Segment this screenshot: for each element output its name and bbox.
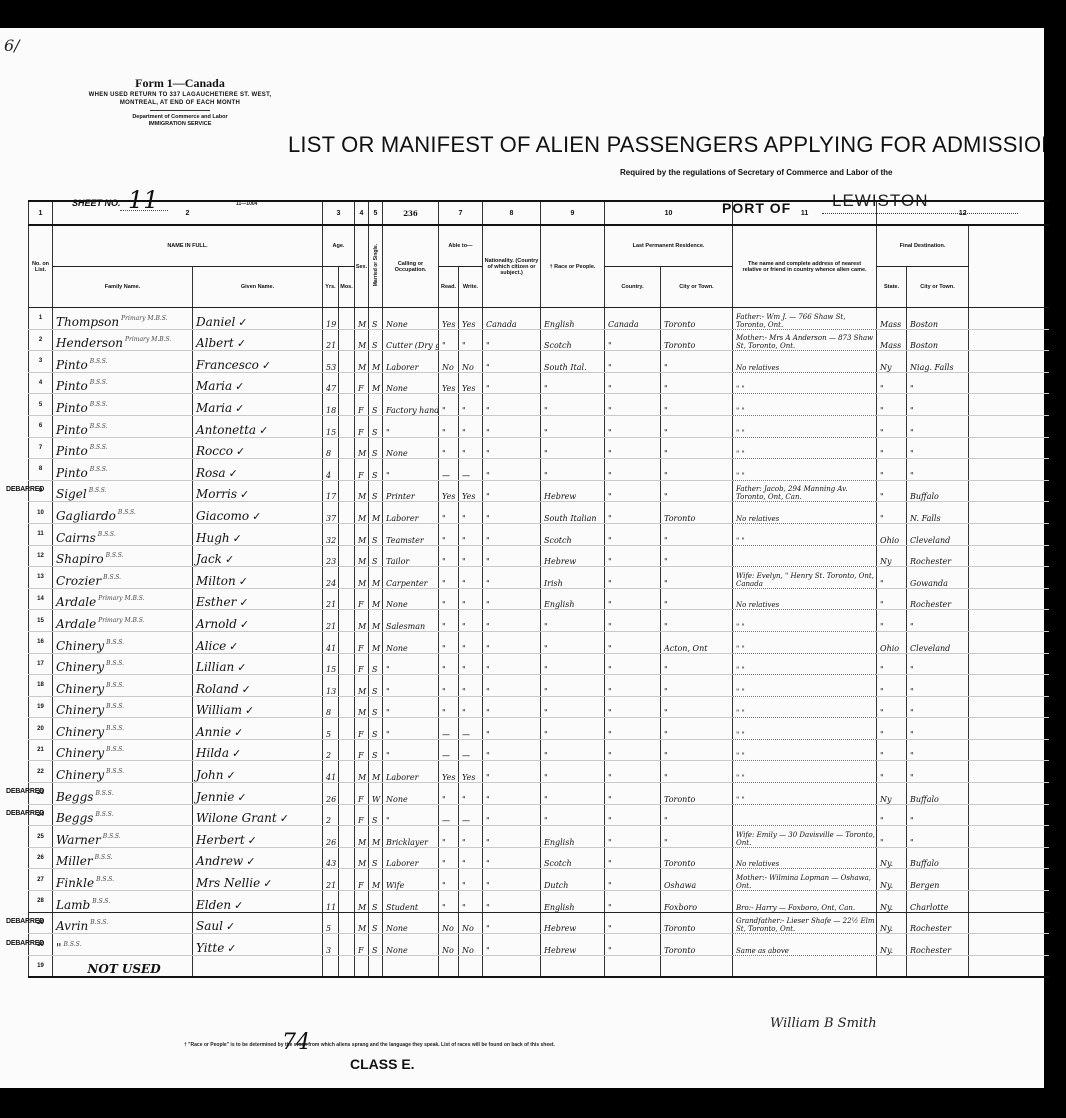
can-write: " [459, 415, 483, 437]
inspection-note: B.S.S. [98, 531, 116, 538]
given-name: Yitte✓ [193, 934, 323, 956]
empty-cell [661, 955, 733, 977]
check-mark-icon: ✓ [280, 812, 289, 825]
residence-country: " [605, 826, 661, 848]
occupation: " [383, 804, 439, 826]
sex: F [355, 804, 369, 826]
table-row: 24BeggsB.S.S.Wilone Grant✓2FS"——"""""" [29, 804, 1049, 826]
race: Hebrew [541, 545, 605, 567]
empty-cell [383, 955, 439, 977]
marital-status: S [369, 523, 383, 545]
race: " [541, 610, 605, 632]
overflow [969, 912, 1049, 934]
race: " [541, 631, 605, 653]
residence-city: " [661, 523, 733, 545]
can-write: Yes [459, 761, 483, 783]
can-write: " [459, 631, 483, 653]
overflow [969, 696, 1049, 718]
corner-mark: 6/ [4, 36, 20, 55]
marital-status: S [369, 415, 383, 437]
race: English [541, 826, 605, 848]
can-read: — [439, 739, 459, 761]
line-number: 6 [29, 415, 53, 437]
sex: F [355, 588, 369, 610]
age-years: 24 [323, 567, 339, 589]
overflow [969, 372, 1049, 394]
residence-country: " [605, 934, 661, 956]
residence-country: " [605, 610, 661, 632]
dest-state: Ny. [877, 934, 907, 956]
divider [150, 110, 210, 111]
dest-city: Rochester [907, 934, 969, 956]
occupation: None [383, 912, 439, 934]
inspection-note: B.S.S. [95, 811, 113, 818]
age-years: 8 [323, 696, 339, 718]
residence-city: " [661, 415, 733, 437]
family-name: GagliardoB.S.S. [53, 502, 193, 524]
nearest-relative: " " [733, 415, 877, 437]
given-name: Hugh✓ [193, 523, 323, 545]
residence-country: Canada [605, 308, 661, 330]
race: " [541, 394, 605, 416]
sex: F [355, 783, 369, 805]
header-write: Write. [459, 267, 483, 308]
can-read: " [439, 783, 459, 805]
age-months [339, 891, 355, 913]
header-dest-city: City or Town. [907, 267, 969, 308]
can-read: " [439, 696, 459, 718]
age-months [339, 761, 355, 783]
col-number: 1 [29, 201, 53, 225]
manifest-rows: 1ThompsonPrimary M.B.S.Daniel✓19MSNoneYe… [29, 308, 1049, 977]
nearest-relative: No relatives [733, 588, 877, 610]
age-years: 43 [323, 847, 339, 869]
occupation: None [383, 631, 439, 653]
empty-cell [323, 955, 339, 977]
can-read: " [439, 523, 459, 545]
occupation: Cutter (Dry goods) [383, 329, 439, 351]
empty-cell [193, 955, 323, 977]
family-name: WarnerB.S.S. [53, 826, 193, 848]
overflow [969, 351, 1049, 373]
table-row: 12ShapiroB.S.S.Jack✓23MSTailor"""Hebrew"… [29, 545, 1049, 567]
check-mark-icon: ✓ [237, 337, 246, 350]
inspection-note: B.S.S. [90, 466, 108, 473]
residence-country: " [605, 696, 661, 718]
residence-country: " [605, 372, 661, 394]
overflow [969, 761, 1049, 783]
marital-status: S [369, 804, 383, 826]
age-years: 3 [323, 934, 339, 956]
empty-cell [907, 955, 969, 977]
age-months [339, 502, 355, 524]
residence-country: " [605, 502, 661, 524]
family-name: ChineryB.S.S. [53, 696, 193, 718]
line-number: 28 [29, 891, 53, 913]
race: " [541, 437, 605, 459]
family-name: MillerB.S.S. [53, 847, 193, 869]
empty-cell [439, 955, 459, 977]
race: " [541, 459, 605, 481]
nearest-relative: " " [733, 372, 877, 394]
overflow [969, 783, 1049, 805]
age-years: 37 [323, 502, 339, 524]
age-years: 4 [323, 459, 339, 481]
marital-status: S [369, 653, 383, 675]
occupation: " [383, 739, 439, 761]
overflow [969, 394, 1049, 416]
family-name: ArdalePrimary M.B.S. [53, 610, 193, 632]
dest-state: " [877, 567, 907, 589]
race: Hebrew [541, 480, 605, 502]
marital-status: M [369, 567, 383, 589]
empty-cell [605, 955, 661, 977]
col-number: 2 [53, 201, 323, 225]
nearest-relative: " " [733, 394, 877, 416]
occupation: Factory hand [383, 394, 439, 416]
inspection-note: B.S.S. [90, 444, 108, 451]
marital-status: M [369, 502, 383, 524]
header-yrs: Yrs. [323, 267, 339, 308]
given-name: Rocco✓ [193, 437, 323, 459]
age-months [339, 826, 355, 848]
race: English [541, 588, 605, 610]
inspection-note: B.S.S. [90, 358, 108, 365]
can-read: " [439, 329, 459, 351]
col-number: 9 [541, 201, 605, 225]
line-number: 14 [29, 588, 53, 610]
sex: M [355, 761, 369, 783]
overflow [969, 610, 1049, 632]
dest-city: " [907, 415, 969, 437]
inspection-note: B.S.S. [90, 423, 108, 430]
table-row: 26MillerB.S.S.Andrew✓43MSLaborer"""Scotc… [29, 847, 1049, 869]
family-name: ChineryB.S.S. [53, 675, 193, 697]
check-mark-icon: ✓ [240, 618, 249, 631]
inspection-note: B.S.S. [118, 509, 136, 516]
race: " [541, 783, 605, 805]
inspection-note: B.S.S. [90, 401, 108, 408]
sex: M [355, 545, 369, 567]
dest-state: " [877, 739, 907, 761]
check-mark-icon: ✓ [227, 769, 236, 782]
family-name: PintoB.S.S. [53, 372, 193, 394]
age-years: 21 [323, 869, 339, 891]
race: South Ital. [541, 351, 605, 373]
occupation: None [383, 588, 439, 610]
inspection-note: B.S.S. [95, 790, 113, 797]
overflow [969, 891, 1049, 913]
sex: M [355, 351, 369, 373]
nationality: " [483, 415, 541, 437]
age-years: 21 [323, 329, 339, 351]
can-write: " [459, 783, 483, 805]
nearest-relative: Mother:- Mrs A Anderson — 873 Shaw St, T… [733, 329, 877, 351]
line-number: 5 [29, 394, 53, 416]
overflow [969, 480, 1049, 502]
can-write: — [459, 804, 483, 826]
race: " [541, 696, 605, 718]
residence-city: " [661, 739, 733, 761]
age-months [339, 610, 355, 632]
marital-status: S [369, 675, 383, 697]
nationality: " [483, 588, 541, 610]
residence-country: " [605, 523, 661, 545]
given-name: Arnold✓ [193, 610, 323, 632]
table-row: 29AvrinB.S.S.Saul✓5MSNoneNoNo"Hebrew"Tor… [29, 912, 1049, 934]
dest-city: " [907, 372, 969, 394]
dest-state: " [877, 372, 907, 394]
line-number: 16 [29, 631, 53, 653]
marital-status: S [369, 847, 383, 869]
signature: William B Smith [770, 1016, 877, 1031]
sex: M [355, 523, 369, 545]
table-row: 11CairnsB.S.S.Hugh✓32MSTeamster"""Scotch… [29, 523, 1049, 545]
given-name: Herbert✓ [193, 826, 323, 848]
header-final-destination: Final Destination. [877, 225, 969, 267]
overflow [969, 718, 1049, 740]
can-read: Yes [439, 372, 459, 394]
dest-city: N. Falls [907, 502, 969, 524]
sex: M [355, 610, 369, 632]
check-mark-icon: ✓ [229, 640, 238, 653]
nearest-relative [733, 545, 877, 567]
check-mark-icon: ✓ [239, 575, 248, 588]
dest-city: Buffalo [907, 480, 969, 502]
dest-city: " [907, 610, 969, 632]
can-read: " [439, 394, 459, 416]
inspection-note: B.S.S. [95, 854, 113, 861]
overflow [969, 739, 1049, 761]
nearest-relative: " " [733, 718, 877, 740]
empty-cell [483, 955, 541, 977]
family-name: FinkleB.S.S. [53, 869, 193, 891]
age-years: 21 [323, 610, 339, 632]
header-state: State. [877, 267, 907, 308]
occupation: Teamster [383, 523, 439, 545]
overflow [969, 415, 1049, 437]
residence-city: " [661, 437, 733, 459]
marital-status: S [369, 934, 383, 956]
can-write: " [459, 610, 483, 632]
residence-country: " [605, 804, 661, 826]
check-mark-icon: ✓ [242, 683, 251, 696]
family-name: AvrinB.S.S. [53, 912, 193, 934]
check-mark-icon: ✓ [262, 359, 271, 372]
empty-cell [355, 955, 369, 977]
age-years: 47 [323, 372, 339, 394]
can-read: " [439, 631, 459, 653]
residence-city: " [661, 567, 733, 589]
family-name: ChineryB.S.S. [53, 718, 193, 740]
occupation: " [383, 415, 439, 437]
occupation: None [383, 372, 439, 394]
residence-city: " [661, 804, 733, 826]
check-mark-icon: ✓ [240, 488, 249, 501]
occupation: Printer [383, 480, 439, 502]
family-name: "B.S.S. [53, 934, 193, 956]
overflow [969, 675, 1049, 697]
race: Hebrew [541, 912, 605, 934]
line-number: 4 [29, 372, 53, 394]
race: " [541, 718, 605, 740]
nationality: " [483, 912, 541, 934]
residence-country: " [605, 783, 661, 805]
check-mark-icon: ✓ [245, 704, 254, 717]
age-months [339, 523, 355, 545]
family-name: HendersonPrimary M.B.S. [53, 329, 193, 351]
debarred-stamp: DEBARRED [6, 810, 44, 817]
table-row: 5PintoB.S.S.Maria✓18FSFactory hand""""""… [29, 394, 1049, 416]
overflow [969, 523, 1049, 545]
residence-city: Toronto [661, 783, 733, 805]
residence-country: " [605, 351, 661, 373]
race: English [541, 891, 605, 913]
table-row: 21ChineryB.S.S.Hilda✓2FS"——""""" """ [29, 739, 1049, 761]
nationality: " [483, 329, 541, 351]
nationality: " [483, 826, 541, 848]
inspection-note: Primary M.B.S. [121, 315, 167, 322]
family-name: ChineryB.S.S. [53, 761, 193, 783]
race: " [541, 415, 605, 437]
nationality: " [483, 372, 541, 394]
occupation: Carpenter [383, 567, 439, 589]
sex: F [355, 934, 369, 956]
can-read: " [439, 415, 459, 437]
dest-city: Buffalo [907, 847, 969, 869]
can-write: " [459, 675, 483, 697]
header-relative: The name and complete address of nearest… [733, 225, 877, 308]
can-read: " [439, 891, 459, 913]
header-married: Married or Single. [369, 225, 383, 308]
table-row: 9SigelB.S.S.Morris✓17MSPrinterYesYes"Heb… [29, 480, 1049, 502]
race: " [541, 761, 605, 783]
inspection-note: B.S.S. [106, 725, 124, 732]
scan-edge-bottom [0, 1088, 1066, 1118]
dest-city: Buffalo [907, 783, 969, 805]
marital-status: S [369, 739, 383, 761]
sex: M [355, 826, 369, 848]
residence-city: " [661, 394, 733, 416]
empty-cell [369, 955, 383, 977]
header-country: Country. [605, 267, 661, 308]
residence-country: " [605, 653, 661, 675]
line-number: 19 [29, 696, 53, 718]
line-number: 20 [29, 718, 53, 740]
header-calling: Calling or Occupation. [383, 225, 439, 308]
dest-state: " [877, 610, 907, 632]
given-name: Elden✓ [193, 891, 323, 913]
line-number: 12 [29, 545, 53, 567]
age-years: 17 [323, 480, 339, 502]
age-months [339, 394, 355, 416]
given-name: Jack✓ [193, 545, 323, 567]
header-name-in-full: NAME IN FULL. [53, 225, 323, 267]
can-write: " [459, 394, 483, 416]
residence-city: Oshawa [661, 869, 733, 891]
marital-status: M [369, 631, 383, 653]
check-mark-icon: ✓ [238, 316, 247, 329]
race: " [541, 372, 605, 394]
can-write: Yes [459, 372, 483, 394]
can-read: Yes [439, 761, 459, 783]
family-name: ThompsonPrimary M.B.S. [53, 308, 193, 330]
residence-city: " [661, 675, 733, 697]
age-months [339, 308, 355, 330]
dest-city: " [907, 804, 969, 826]
department: Department of Commerce and Labor [60, 114, 300, 121]
not-used-label: NOT USED [53, 955, 193, 977]
inspection-note: B.S.S. [106, 682, 124, 689]
nationality: " [483, 718, 541, 740]
marital-status: S [369, 308, 383, 330]
debarred-stamp: DEBARRED [6, 788, 44, 795]
can-write: " [459, 696, 483, 718]
nearest-relative: " " [733, 631, 877, 653]
header-no-on-list: No. on List. [29, 225, 53, 308]
family-name: PintoB.S.S. [53, 459, 193, 481]
sex: M [355, 675, 369, 697]
nationality: " [483, 631, 541, 653]
can-write: Yes [459, 308, 483, 330]
sex: M [355, 912, 369, 934]
residence-city: " [661, 826, 733, 848]
age-years: 8 [323, 437, 339, 459]
page-title: LIST OR MANIFEST OF ALIEN PASSENGERS APP… [288, 132, 1057, 158]
form-title: Form 1—Canada [60, 76, 300, 91]
residence-city: " [661, 545, 733, 567]
residence-country: " [605, 459, 661, 481]
marital-status: M [369, 610, 383, 632]
family-name: ArdalePrimary M.B.S. [53, 588, 193, 610]
table-row: 13CrozierB.S.S.Milton✓24MMCarpenter"""Ir… [29, 567, 1049, 589]
marital-status: M [369, 761, 383, 783]
form-instruction-1: WHEN USED RETURN TO 337 LAGAUCHETIERE ST… [60, 91, 300, 99]
header-nationality: Nationality. (Country of which citizen o… [483, 225, 541, 308]
residence-city: " [661, 372, 733, 394]
col-number: 10 [605, 201, 733, 225]
dest-city: Rochester [907, 588, 969, 610]
family-name: ChineryB.S.S. [53, 653, 193, 675]
dest-state: Mass [877, 308, 907, 330]
line-number: 11 [29, 523, 53, 545]
occupation: " [383, 653, 439, 675]
residence-country: " [605, 912, 661, 934]
table-row: 3PintoB.S.S.Francesco✓53MMLaborerNoNo"So… [29, 351, 1049, 373]
family-name: BeggsB.S.S. [53, 804, 193, 826]
marital-status: S [369, 394, 383, 416]
header-city: City or Town. [661, 267, 733, 308]
check-mark-icon: ✓ [248, 834, 257, 847]
overflow [969, 934, 1049, 956]
check-mark-icon: ✓ [237, 791, 246, 804]
can-write: " [459, 545, 483, 567]
age-months [339, 545, 355, 567]
occupation: Laborer [383, 502, 439, 524]
marital-status: M [369, 869, 383, 891]
age-years: 15 [323, 653, 339, 675]
table-row: 4PintoB.S.S.Maria✓47FMNoneYesYes""""" ""… [29, 372, 1049, 394]
residence-city: Toronto [661, 934, 733, 956]
occupation: " [383, 718, 439, 740]
given-name: Rosa✓ [193, 459, 323, 481]
nearest-relative: Wife: Evelyn, " Henry St. Toronto, Ont, … [733, 567, 877, 589]
line-number: 10 [29, 502, 53, 524]
inspection-note: B.S.S. [106, 768, 124, 775]
nationality: " [483, 783, 541, 805]
dest-city: " [907, 718, 969, 740]
family-name: CrozierB.S.S. [53, 567, 193, 589]
